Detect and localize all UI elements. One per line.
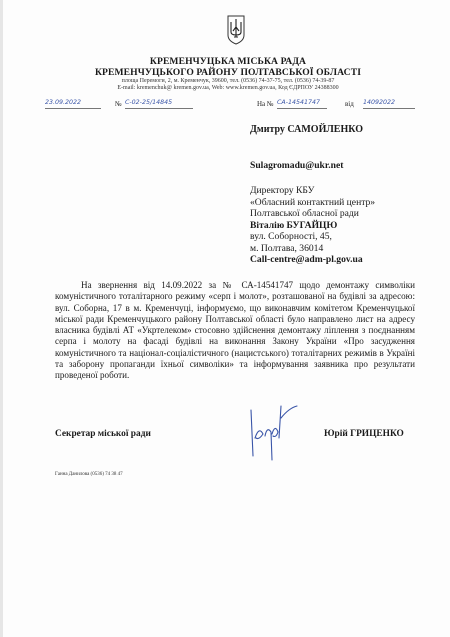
letter-page: КРЕМЕНЧУЦЬКА МІСЬКА РАДА КРЕМЕНЧУЦЬКОГО … — [0, 0, 450, 637]
ref-date-label: від — [345, 99, 354, 109]
outgoing-number-field: С-02-25/14845 — [125, 98, 193, 109]
org-name-line2: КРЕМЕНЧУЦЬКОГО РАЙОНУ ПОЛТАВСЬКОЇ ОБЛАСТ… — [43, 67, 413, 78]
ref-number-label: На № — [257, 99, 274, 109]
registration-line: 23.09.2022 № С-02-25/14845 На № СА-14541… — [45, 99, 417, 111]
recipient2-city: м. Полтава, 36014 — [250, 243, 375, 255]
letter-body: На звернення від 14.09.2022 за № СА-1454… — [55, 280, 415, 382]
org-address: площа Перемоги, 2, м. Кременчук, 39600, … — [43, 78, 413, 85]
recipient1-email: Sulagromadu@ukr.net — [250, 160, 343, 172]
signatory-position: Секретар міської ради — [55, 429, 151, 439]
handwritten-signature-icon — [245, 398, 305, 468]
letterhead: КРЕМЕНЧУЦЬКА МІСЬКА РАДА КРЕМЕНЧУЦЬКОГО … — [43, 56, 413, 92]
signatory-name: Юрій ГРИЦЕНКО — [324, 429, 404, 439]
recipient2-name: Віталію БУГАЙЦЮ — [250, 220, 375, 232]
number-label: № — [115, 99, 122, 109]
executor-contact: Ганна Данилова (0536) 74 38 47 — [55, 472, 123, 477]
recipient2-org: «Обласний контактний центр» — [250, 197, 375, 209]
trident-coat-of-arms-icon — [227, 15, 245, 45]
org-contacts: E-mail: kremenchuk@ kremen.gov.ua, Web: … — [43, 85, 413, 92]
recipient2-street: вул. Соборності, 45, — [250, 231, 375, 243]
body-paragraph: На звернення від 14.09.2022 за № СА-1454… — [55, 280, 415, 382]
recipient2-block: Директору КБУ «Обласний контактний центр… — [250, 185, 375, 266]
ref-number-field: СА-14541747 — [277, 98, 327, 109]
recipient2-email: Call-centre@adm-pl.gov.ua — [250, 254, 375, 266]
outgoing-date-field: 23.09.2022 — [45, 98, 101, 109]
recipient2-council: Полтавської обласної ради — [250, 208, 375, 220]
recipient2-title: Директору КБУ — [250, 185, 375, 197]
recipient1-name: Дмитру САМОЙЛЕНКО — [250, 124, 363, 136]
ref-date-field: 14092022 — [363, 98, 415, 109]
org-name-line1: КРЕМЕНЧУЦЬКА МІСЬКА РАДА — [43, 56, 413, 67]
